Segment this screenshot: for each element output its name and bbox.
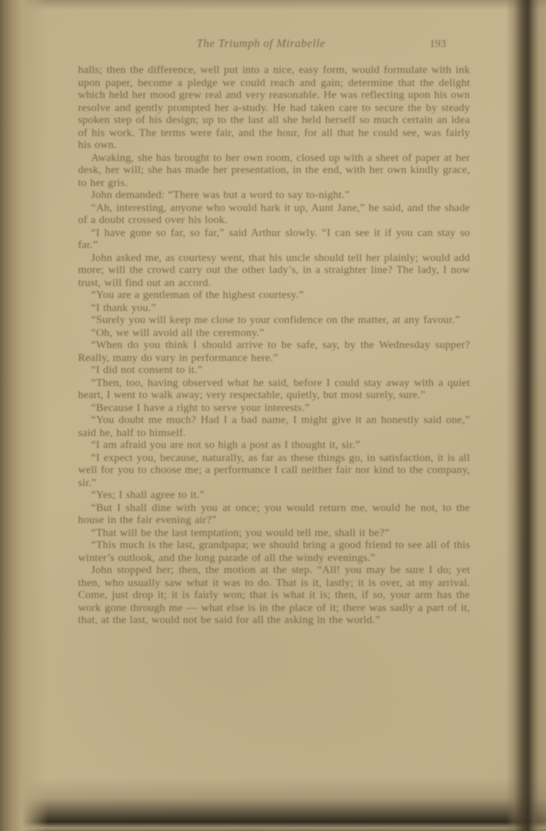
running-head-title: The Triumph of Mirabelle [78,38,444,50]
paragraph: Awaking, she has brought to her own room… [78,152,470,190]
paragraph: “Yes; I shall agree to it.” [78,489,470,502]
paragraph: “Oh, we will avoid all the ceremony.” [78,327,470,340]
paragraph: “I have gone so far, so far,” said Arthu… [78,227,470,252]
paragraph: “I did not consent to it.” [78,364,470,377]
paragraph: “But I shall dine with you at once; you … [78,502,470,527]
paragraph: “That will be the last temptation; you w… [78,527,470,540]
paragraph: “Ah, interesting, anyone who would hark … [78,202,470,227]
paragraph: “Then, too, having observed what he said… [78,377,470,402]
paragraph: halls; then the difference, well put int… [78,64,470,152]
paragraph: “I expect you, because, naturally, as fa… [78,452,470,490]
paragraph: “I thank you.” [78,302,470,315]
paragraph: John stopped her; then, the motion at th… [78,564,470,627]
scanned-book-page: The Triumph of Mirabelle 193 halls; then… [0,0,546,831]
paragraph: “You are a gentleman of the highest cour… [78,289,470,302]
paragraph: “You doubt me much? Had I a bad name, I … [78,414,470,439]
paragraph: “Surely you will keep me close to your c… [78,314,470,327]
page-number: 193 [430,38,447,50]
running-head: The Triumph of Mirabelle 193 [78,38,470,54]
paragraph: John demanded: “There was but a word to … [78,189,470,202]
paragraph: “I am afraid you are not so high a post … [78,439,470,452]
paragraph: John asked me, as courtesy went, that hi… [78,252,470,290]
page-content: The Triumph of Mirabelle 193 halls; then… [78,38,470,627]
paragraph: “When do you think I should arrive to be… [78,339,470,364]
text-block: halls; then the difference, well put int… [78,64,470,627]
paragraph: “This much is the last, grandpapa; we sh… [78,539,470,564]
paragraph: “Because I have a right to serve your in… [78,402,470,415]
